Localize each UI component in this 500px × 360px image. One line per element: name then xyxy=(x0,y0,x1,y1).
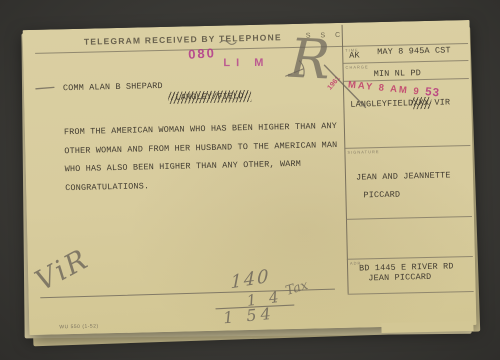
number-stamp: 080 xyxy=(188,45,217,62)
form-number: WU 550 (1-52) xyxy=(59,323,98,330)
recipient-line: COMM ALAN B SHEPARD xyxy=(63,81,163,93)
partial-letter-stamp: LI M xyxy=(223,57,269,69)
message-body: FROM THE AMERICAN WOMAN WHO HAS BEEN HIG… xyxy=(64,117,339,198)
pencil-initials: ViR xyxy=(30,242,95,297)
pencil-tax-word: Tax xyxy=(284,278,310,299)
origin-city: LANGLEYFIELD xyxy=(350,98,413,109)
printed-rule xyxy=(348,291,474,295)
struck-address-text: /LANGLEY/FIELD/ xyxy=(170,91,249,103)
date-value: MAY 8 945A CST xyxy=(377,45,451,57)
struck-address: /LANGLEY/FIELD/ xyxy=(170,91,249,103)
signature-field-label: SIGNATURE xyxy=(347,149,379,155)
pencil-dash xyxy=(36,87,54,88)
printed-rule xyxy=(342,60,468,64)
address-line2: JEAN PICCARD xyxy=(368,272,431,283)
pencil-routing-mark: R xyxy=(288,27,332,92)
pencil-total: 1 54 xyxy=(222,304,275,328)
signature-line2: PICCARD xyxy=(363,190,400,201)
date-prefix: AK xyxy=(349,50,360,60)
card-bottom-tab xyxy=(381,321,473,333)
photo-background: TELEGRAM RECEIVED BY TELEPHONE S S C 080… xyxy=(0,0,500,360)
service-field-label: CHARGE xyxy=(345,64,368,70)
origin-state: VIR xyxy=(434,97,450,107)
printed-rule xyxy=(347,256,473,260)
telegram-card: TELEGRAM RECEIVED BY TELEPHONE S S C 080… xyxy=(23,20,477,335)
signature-line1: JEAN AND JEANNETTE xyxy=(356,170,451,182)
origin-line: LANGLEYFIELDXXX VIR xyxy=(350,97,450,109)
received-stamp-date: MAY 8 AM 9 xyxy=(347,79,421,97)
printed-rule xyxy=(346,216,472,220)
printed-rule xyxy=(344,145,470,149)
origin-struck-text: XXX xyxy=(413,98,429,108)
